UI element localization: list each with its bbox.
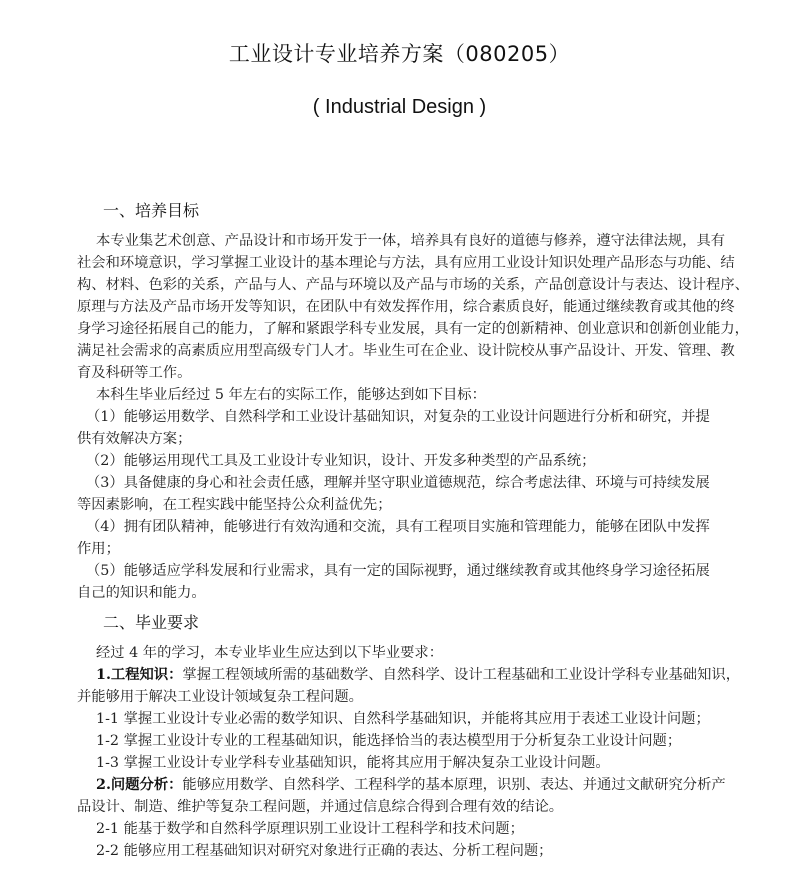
goal-item: （3）具备健康的身心和社会责任感，理解并坚守职业道德规范，综合考虑法律、环境与可…	[86, 473, 710, 493]
requirements-intro: 经过 4 年的学习，本专业毕业生应达到以下毕业要求：	[96, 643, 443, 663]
goal-item-cont: 等因素影响，在工程实践中能坚持公众利益优先；	[77, 495, 392, 515]
requirement-1-label: 1.工程知识：	[96, 667, 182, 683]
goal-item-cont: 作用；	[77, 539, 120, 559]
paragraph-line: 身学习途径拓展自己的能力，了解和紧跟学科专业发展，具有一定的创新精神、创业意识和…	[77, 319, 749, 339]
requirement-item: 1-1 掌握工业设计专业必需的数学知识、自然科学基础知识，并能将其应用于表述工业…	[96, 709, 710, 729]
requirement-item: 2-2 能够应用工程基础知识对研究对象进行正确的表达、分析工程问题；	[96, 841, 552, 861]
requirement-item: 1-2 掌握工业设计专业的工程基础知识，能选择恰当的表达模型用于分析复杂工业设计…	[96, 731, 681, 751]
requirement-2-label: 2.问题分析：	[96, 777, 182, 793]
goal-item-cont: 自己的知识和能力。	[77, 583, 206, 603]
requirement-2: 2.问题分析：能够应用数学、自然科学、工程科学的基本原理，识别、表达、并通过文献…	[96, 775, 726, 795]
requirement-2-cont: 品设计、制造、维护等复杂工程问题，并通过信息综合得到合理有效的结论。	[77, 797, 563, 817]
requirement-2-text: 能够应用数学、自然科学、工程科学的基本原理，识别、表达、并通过文献研究分析产	[182, 777, 725, 793]
document-page: 工业设计专业培养方案（080205） ( Industrial Design )…	[0, 0, 799, 877]
paragraph-line: 满足社会需求的高素质应用型高级专门人才。毕业生可在企业、设计院校从事产品设计、开…	[77, 341, 735, 361]
paragraph-line: 原理与方法及产品市场开发等知识，在团队中有效发挥作用，综合素质良好，能通过继续教…	[77, 297, 735, 317]
paragraph-line: 本专业集艺术创意、产品设计和市场开发于一体，培养具有良好的道德与修养，遵守法律法…	[96, 231, 725, 251]
requirement-item: 1-3 掌握工业设计专业学科专业基础知识，能将其应用于解决复杂工业设计问题。	[96, 753, 610, 773]
section-heading-requirements: 二、毕业要求	[103, 610, 199, 633]
requirement-1: 1.工程知识：掌握工程领域所需的基础数学、自然科学、设计工程基础和工业设计学科专…	[96, 665, 740, 685]
requirement-1-cont: 并能够用于解决工业设计领域复杂工程问题。	[77, 687, 363, 707]
requirement-1-text: 掌握工程领域所需的基础数学、自然科学、设计工程基础和工业设计学科专业基础知识，	[182, 667, 740, 683]
goal-item: （4）拥有团队精神，能够进行有效沟通和交流，具有工程项目实施和管理能力，能够在团…	[86, 517, 710, 537]
document-title: 工业设计专业培养方案（080205）	[0, 38, 799, 68]
goal-item-cont: 供有效解决方案；	[77, 429, 191, 449]
paragraph-line: 育及科研等工作。	[77, 363, 191, 383]
section-heading-goals: 一、培养目标	[103, 198, 199, 221]
paragraph-line: 社会和环境意识，学习掌握工业设计的基本理论与方法，具有应用工业设计知识处理产品形…	[77, 253, 735, 273]
requirement-item: 2-1 能基于数学和自然科学原理识别工业设计工程科学和技术问题；	[96, 819, 524, 839]
paragraph-line: 本科生毕业后经过 5 年左右的实际工作，能够达到如下目标：	[96, 385, 486, 405]
goal-item: （2）能够运用现代工具及工业设计专业知识，设计、开发多种类型的产品系统；	[86, 451, 595, 471]
document-subtitle: ( Industrial Design )	[0, 96, 799, 119]
goal-item: （5）能够适应学科发展和行业需求，具有一定的国际视野，通过继续教育或其他终身学习…	[86, 561, 710, 581]
goal-item: （1）能够运用数学、自然科学和工业设计基础知识，对复杂的工业设计问题进行分析和研…	[86, 407, 710, 427]
paragraph-line: 构、材料、色彩的关系，产品与人、产品与环境以及产品与市场的关系，产品创意设计与表…	[77, 275, 749, 295]
